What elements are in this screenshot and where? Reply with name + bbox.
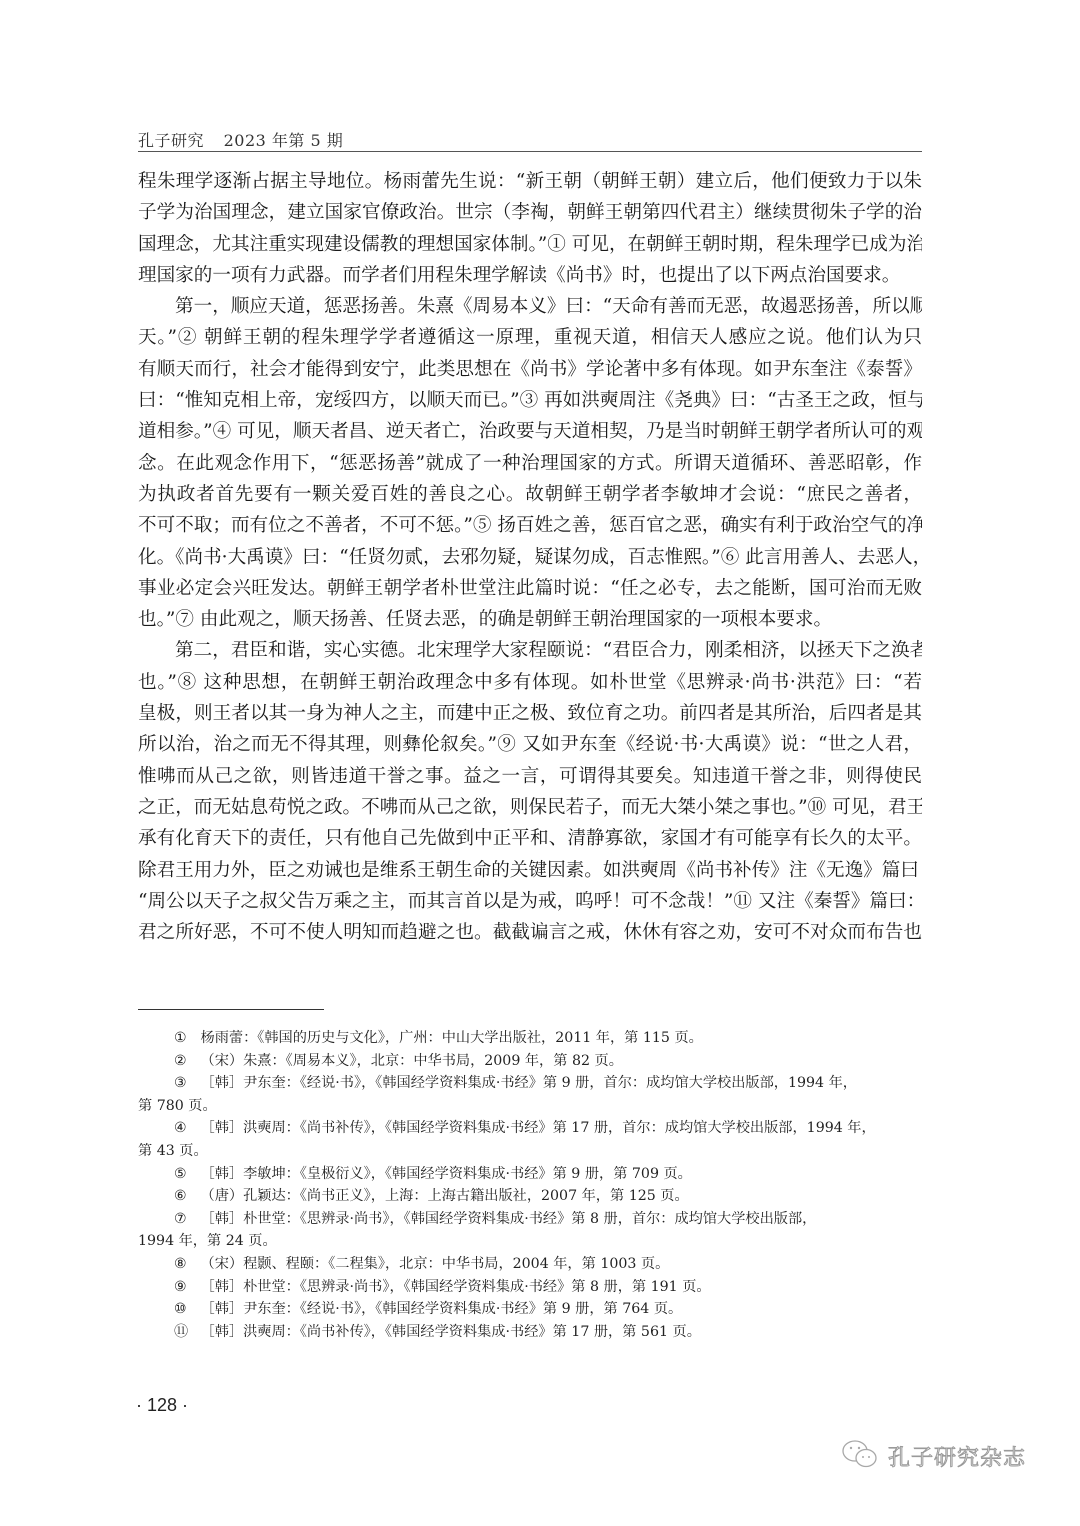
issue-label: 2023 年第 5 期: [224, 131, 344, 150]
body-line: 事业必定会兴旺发达。朝鲜王朝学者朴世堂注此篇时说：“任之必专，去之能断，国可治而…: [138, 573, 922, 604]
body-line: 所以治，治之而无不得其理，则彝伦叙矣。”⑨ 又如尹东奎《经说·书·大禹谟》说：“…: [138, 729, 922, 760]
body-line: 惟咈而从己之欲，则皆违道干誉之事。益之一言，可谓得其要矣。知违道干誉之非，则得使…: [138, 761, 922, 792]
footnote-marker: ⑧: [174, 1253, 196, 1276]
footnote-2: ② （宋）朱熹：《周易本义》，北京：中华书局，2009 年，第 82 页。: [138, 1050, 922, 1073]
wechat-icon: [840, 1438, 880, 1474]
footnote-7-cont: 1994 年，第 24 页。: [138, 1230, 922, 1253]
footnote-text: （唐）孔颖达：《尚书正义》，上海：上海古籍出版社，2007 年，第 125 页。: [201, 1188, 689, 1204]
footnote-3-cont: 第 780 页。: [138, 1095, 922, 1118]
footnote-marker: ⑦: [174, 1208, 196, 1231]
footnote-marker: ⑨: [174, 1276, 196, 1299]
footnote-marker: ④: [174, 1117, 196, 1140]
footnote-1: ① 杨雨蕾：《韩国的历史与文化》，广州：中山大学出版社，2011 年，第 115…: [138, 1027, 922, 1050]
body-line: 子学为治国理念，建立国家官僚政治。世宗（李祹，朝鲜王朝第四代君主）继续贯彻朱子学…: [138, 197, 922, 228]
body-line: 君之所好恶，不可不使人明知而趋避之也。截截谝言之戒，休休有容之劝，安可不对众而布…: [138, 917, 922, 948]
footnote-marker: ③: [174, 1072, 196, 1095]
body-line: 理国家的一项有力武器。而学者们用程朱理学解读《尚书》时，也提出了以下两点治国要求…: [138, 260, 922, 291]
footnote-9: ⑨ ［韩］朴世堂：《思辨录·尚书》，《韩国经学资料集成·书经》第 8 册，第 1…: [138, 1276, 922, 1299]
body-line: 也。”⑧ 这种思想，在朝鲜王朝治政理念中多有体现。如朴世堂《思辨录·尚书·洪范》…: [138, 667, 922, 698]
footnote-text: ［韩］朴世堂：《思辨录·尚书》，《韩国经学资料集成·书经》第 8 册，首尔：成均…: [201, 1211, 817, 1227]
footnote-rule: [138, 1009, 324, 1010]
body-line: 天。”② 朝鲜王朝的程朱理学学者遵循这一原理，重视天道，相信天人感应之说。他们认…: [138, 322, 922, 353]
body-line: 承有化育天下的责任，只有他自己先做到中正平和、清静寡欲，家国才有可能享有长久的太…: [138, 823, 922, 854]
body-line: 道相参。”④ 可见，顺天者昌、逆天者亡，治政要与天道相契，乃是当时朝鲜王朝学者所…: [138, 416, 922, 447]
footnote-marker: ⑥: [174, 1185, 196, 1208]
footnote-8: ⑧ （宋）程颢、程颐：《二程集》，北京：中华书局，2004 年，第 1003 页…: [138, 1253, 922, 1276]
body-line: 化。《尚书·大禹谟》曰：“任贤勿贰，去邪勿疑，疑谋勿成，百志惟熙。”⑥ 此言用善…: [138, 542, 922, 573]
body-line: 国理念，尤其注重实现建设儒教的理想国家体制。”① 可见，在朝鲜王朝时期，程朱理学…: [138, 229, 922, 260]
footnote-4-cont: 第 43 页。: [138, 1140, 922, 1163]
page-number: · 128 ·: [136, 1395, 188, 1416]
body-line: 念。在此观念作用下，“惩恶扬善”就成了一种治理国家的方式。所谓天道循环、善恶昭彰…: [138, 448, 922, 479]
footnote-11: ⑪ ［韩］洪奭周：《尚书补传》，《韩国经学资料集成·书经》第 17 册，第 56…: [138, 1321, 922, 1344]
watermark: 孔子研究杂志: [840, 1438, 1026, 1474]
watermark-text: 孔子研究杂志: [888, 1441, 1026, 1472]
header-rule: [138, 151, 922, 152]
body-line: 除君王用力外，臣之劝诫也是维系王朝生命的关键因素。如洪奭周《尚书补传》注《无逸》…: [138, 855, 922, 886]
body-line: 不可不取；而有位之不善者，不可不惩。”⑤ 扬百姓之善，惩百官之恶，确实有利于政治…: [138, 510, 922, 541]
running-header: 孔子研究 2023 年第 5 期: [138, 128, 922, 150]
paragraph-start: 第一，顺应天道，惩恶扬善。朱熹《周易本义》曰：“天命有善而无恶，故遏恶扬善，所以…: [138, 291, 922, 322]
body-line: 有顺天而行，社会才能得到安宁，此类思想在《尚书》学论著中多有体现。如尹东奎注《泰…: [138, 354, 922, 385]
footnote-text: （宋）程颢、程颐：《二程集》，北京：中华书局，2004 年，第 1003 页。: [201, 1256, 670, 1272]
footnote-7: ⑦ ［韩］朴世堂：《思辨录·尚书》，《韩国经学资料集成·书经》第 8 册，首尔：…: [138, 1208, 922, 1231]
footnote-3: ③ ［韩］尹东奎：《经说·书》，《韩国经学资料集成·书经》第 9 册，首尔：成均…: [138, 1072, 922, 1095]
body-line: 为执政者首先要有一颗关爱百姓的善良之心。故朝鲜王朝学者李敏坤才会说：“庶民之善者…: [138, 479, 922, 510]
footnote-marker: ①: [174, 1027, 196, 1050]
body-line: 程朱理学逐渐占据主导地位。杨雨蕾先生说：“新王朝（朝鲜王朝）建立后，他们便致力于…: [138, 166, 922, 197]
footnote-marker: ⑤: [174, 1163, 196, 1186]
body-line: 也。”⑦ 由此观之，顺天扬善、任贤去恶，的确是朝鲜王朝治理国家的一项根本要求。: [138, 604, 922, 635]
footnote-text: （宋）朱熹：《周易本义》，北京：中华书局，2009 年，第 82 页。: [201, 1053, 623, 1069]
footnote-text: ［韩］尹东奎：《经说·书》，《韩国经学资料集成·书经》第 9 册，首尔：成均馆大…: [201, 1075, 857, 1091]
footnote-text: 杨雨蕾：《韩国的历史与文化》，广州：中山大学出版社，2011 年，第 115 页…: [201, 1030, 703, 1046]
footnote-text: ［韩］洪奭周：《尚书补传》，《韩国经学资料集成·书经》第 17 册，第 561 …: [201, 1324, 701, 1340]
footnote-marker: ⑩: [174, 1298, 196, 1321]
footnote-5: ⑤ ［韩］李敏坤：《皇极衍义》，《韩国经学资料集成·书经》第 9 册，第 709…: [138, 1163, 922, 1186]
footnote-6: ⑥ （唐）孔颖达：《尚书正义》，上海：上海古籍出版社，2007 年，第 125 …: [138, 1185, 922, 1208]
footnote-4: ④ ［韩］洪奭周：《尚书补传》，《韩国经学资料集成·书经》第 17 册，首尔：成…: [138, 1117, 922, 1140]
footnote-text: ［韩］李敏坤：《皇极衍义》，《韩国经学资料集成·书经》第 9 册，第 709 页…: [201, 1166, 692, 1182]
body-line: 曰：“惟知克相上帝，宠绥四方，以顺天而已。”③ 再如洪奭周注《尧典》曰：“古圣王…: [138, 385, 922, 416]
footnote-10: ⑩ ［韩］尹东奎：《经说·书》，《韩国经学资料集成·书经》第 9 册，第 764…: [138, 1298, 922, 1321]
footnotes: ① 杨雨蕾：《韩国的历史与文化》，广州：中山大学出版社，2011 年，第 115…: [138, 1027, 922, 1343]
body-line: 之正，而无姑息苟悦之政。不咈而从己之欲，则保民若子，而无大桀小桀之事也。”⑩ 可…: [138, 792, 922, 823]
body-line: “周公以天子之叔父告万乘之主，而其言首以是为戒，呜呼！可不念哉！”⑪ 又注《秦誓…: [138, 886, 922, 917]
footnote-marker: ⑪: [174, 1321, 196, 1344]
journal-name: 孔子研究: [138, 131, 204, 150]
footnote-text: ［韩］尹东奎：《经说·书》，《韩国经学资料集成·书经》第 9 册，第 764 页…: [201, 1301, 683, 1317]
body-line: 皇极，则王者以其一身为神人之主，而建中正之极、致位育之功。前四者是其所治，后四者…: [138, 698, 922, 729]
footnote-text: ［韩］洪奭周：《尚书补传》，《韩国经学资料集成·书经》第 17 册，首尔：成均馆…: [201, 1120, 876, 1136]
footnote-text: ［韩］朴世堂：《思辨录·尚书》，《韩国经学资料集成·书经》第 8 册，第 191…: [201, 1279, 711, 1295]
paragraph-start: 第二，君臣和谐，实心实德。北宋理学大家程颐说：“君臣合力，刚柔相济，以拯天下之涣…: [138, 635, 922, 666]
footnote-marker: ②: [174, 1050, 196, 1073]
body-text: 程朱理学逐渐占据主导地位。杨雨蕾先生说：“新王朝（朝鲜王朝）建立后，他们便致力于…: [138, 166, 922, 948]
